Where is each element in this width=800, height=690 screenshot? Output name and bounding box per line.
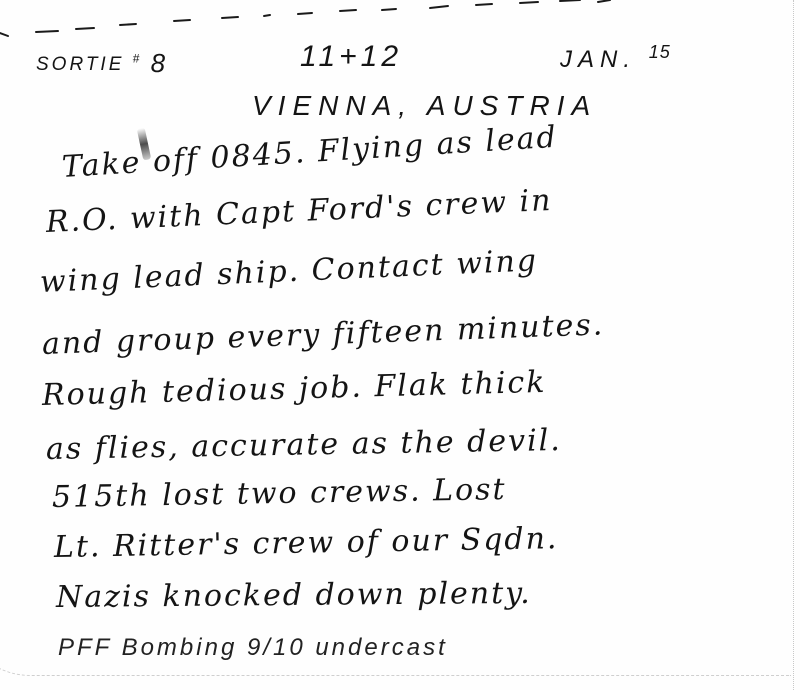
entry-line-5: Rough tedious job. Flak thick [42, 365, 547, 413]
entry-line-1: Take off 0845. Flying as lead [61, 120, 559, 185]
entry-line-4: and group every fifteen minutes. [41, 307, 604, 362]
entry-line-2: R.O. with Capt Ford's crew in [45, 183, 553, 240]
entry-line-7: 515th lost two crews. Lost [52, 472, 507, 515]
diary-card: SORTIE # 8 11+12 JAN. 15 VIENNA, AUSTRIA… [0, 0, 800, 690]
entry-footer-note: PFF Bombing 9/10 undercast [58, 634, 448, 662]
diary-entry: Take off 0845. Flying as lead R.O. with … [0, 0, 800, 690]
entry-line-3: wing lead ship. Contact wing [39, 243, 538, 300]
entry-line-6: as flies, accurate as the devil. [46, 423, 562, 467]
entry-line-8: Lt. Ritter's crew of our Sqdn. [54, 521, 559, 565]
entry-line-9: Nazis knocked down plenty. [56, 576, 532, 615]
